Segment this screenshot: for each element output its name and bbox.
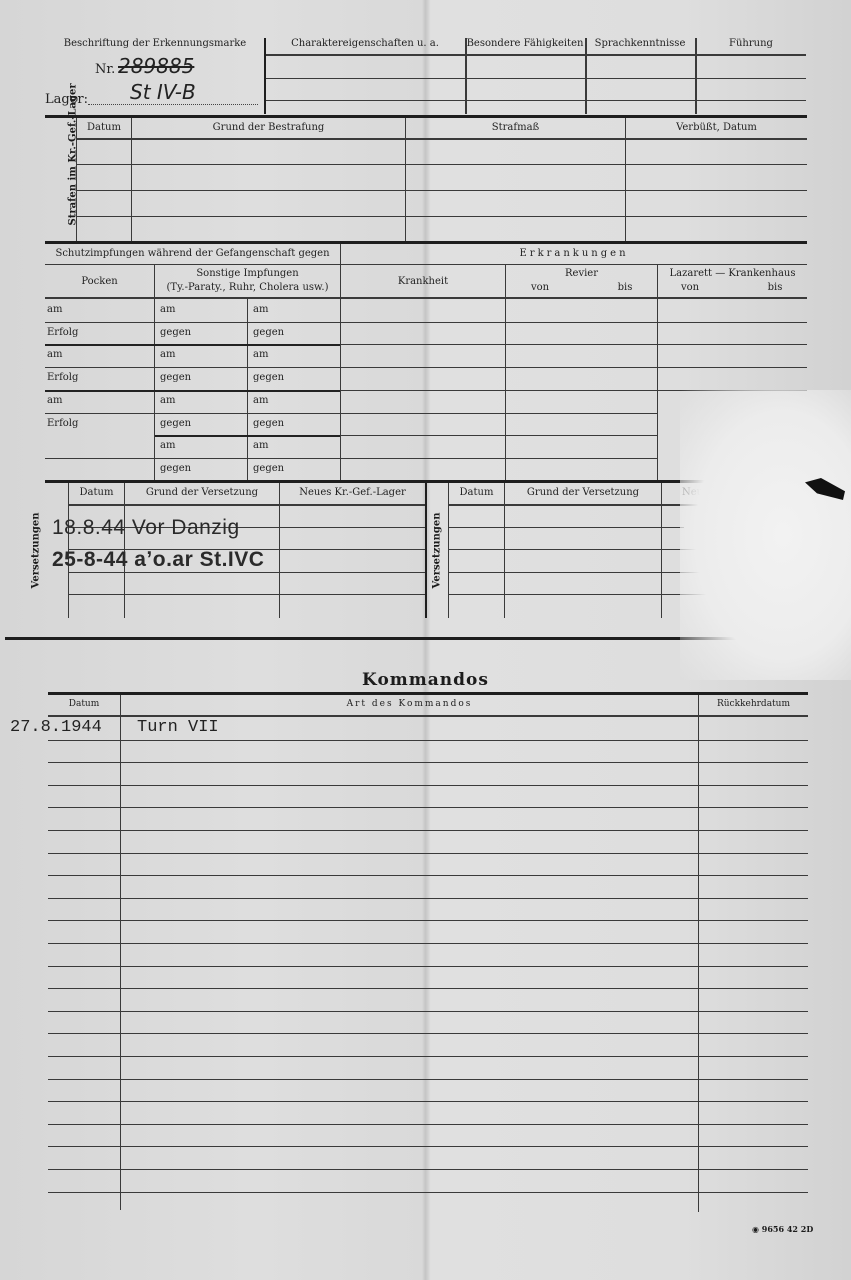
header-charakter: Charaktereigenschaften u. a.	[266, 38, 464, 49]
lager-value: St IV-B	[130, 80, 196, 104]
rule	[45, 480, 705, 483]
rule	[48, 1146, 808, 1147]
trans2-header-grund: Grund der Versetzung	[505, 487, 661, 498]
rule	[48, 692, 808, 695]
transfers-side-label-right: Versetzungen	[432, 511, 443, 591]
divider	[425, 483, 427, 618]
divider	[465, 38, 467, 114]
paper-tear-damage	[680, 390, 851, 680]
rule	[5, 637, 740, 640]
illness-col-lazarett: Lazarett — Krankenhaus	[658, 268, 807, 279]
rule	[45, 367, 340, 368]
rule	[449, 572, 714, 573]
vacc-pocken-label: Erfolg	[47, 418, 78, 429]
rule	[266, 78, 806, 79]
rule	[48, 807, 808, 808]
rule	[48, 1079, 808, 1080]
divider	[405, 118, 406, 242]
rule	[48, 988, 808, 989]
divider	[625, 118, 626, 242]
trans-header-lager: Neues Kr.-Gef.-Lager	[280, 487, 425, 498]
transfer-entry-1: 18.8.44 Vor Danzig	[52, 516, 240, 540]
trans-header-datum: Datum	[69, 487, 124, 498]
header-fuehrung: Führung	[696, 38, 806, 49]
rule	[449, 549, 699, 550]
transfers-side-label-left: Versetzungen	[31, 511, 42, 591]
kommando-kind: Turn VII	[137, 718, 219, 737]
rule	[69, 504, 425, 506]
rule	[48, 1169, 808, 1170]
rule	[77, 190, 807, 191]
rule	[48, 1033, 808, 1034]
vacc-other-label: gegen	[160, 463, 191, 474]
rule	[48, 1124, 808, 1125]
kom-header-rueckkehr: Rückkehrdatum	[699, 699, 808, 709]
rule	[48, 1056, 808, 1057]
rule	[48, 1101, 808, 1102]
rule	[341, 435, 657, 436]
rule	[45, 413, 340, 414]
rule	[48, 1192, 808, 1193]
rule	[48, 762, 808, 763]
id-tag-heading: Beschriftung der Erkennungsmarke	[60, 38, 250, 49]
rule	[45, 458, 340, 459]
transfer-date: 18.8.44	[52, 516, 126, 539]
lager-label: Lager:	[45, 92, 88, 107]
transfer-date: 25-8-44	[52, 548, 128, 571]
divider	[585, 38, 587, 114]
rule	[45, 115, 807, 118]
pun-header-verbuesst: Verbüßt, Datum	[626, 122, 807, 133]
rule	[48, 1011, 808, 1012]
vacc-heading: Schutzimpfungen während der Gefangenscha…	[45, 248, 340, 259]
divider	[131, 118, 132, 242]
transfer-reason: aʼo.ar St.IVC	[134, 548, 264, 571]
vacc-other-label: am	[253, 304, 268, 315]
illness-heading: Erkrankungen	[341, 248, 807, 259]
vacc-col-other-title: Sonstige Impfungen	[155, 268, 340, 279]
vacc-other-label: am	[160, 349, 175, 360]
vacc-other-label: am	[160, 395, 175, 406]
rule	[45, 344, 340, 346]
footer-code: ◉ 9656 42 2D	[752, 1224, 813, 1234]
lazarett-bis: bis	[755, 282, 795, 293]
rule	[341, 322, 807, 323]
rule	[449, 527, 684, 528]
vacc-other-label: gegen	[160, 372, 191, 383]
revier-von: von	[520, 282, 560, 293]
revier-bis: bis	[605, 282, 645, 293]
rule	[48, 715, 808, 717]
vacc-col-pocken: Pocken	[45, 276, 154, 287]
rule	[48, 898, 808, 899]
vacc-pocken-label: am	[47, 304, 62, 315]
vacc-other-label: gegen	[253, 327, 284, 338]
vacc-other-label: am	[253, 349, 268, 360]
pun-header-datum: Datum	[77, 122, 131, 133]
vacc-pocken-label: Erfolg	[47, 372, 78, 383]
header-faehigkeiten: Besondere Fähigkeiten	[466, 38, 584, 49]
rule	[69, 594, 425, 595]
lazarett-von: von	[670, 282, 710, 293]
nr-label: Nr.	[95, 62, 115, 77]
rule	[48, 853, 808, 854]
rule	[266, 54, 806, 56]
transfer-entry-2: 25-8-44 aʼo.ar St.IVC	[52, 548, 264, 572]
kommando-date: 27.8.1944	[10, 718, 102, 737]
rule	[48, 875, 808, 876]
rule	[341, 413, 657, 414]
rule	[341, 344, 807, 345]
printer-mark-icon: ◉	[752, 1224, 759, 1234]
rule	[77, 164, 807, 165]
pun-header-strafmass: Strafmaß	[406, 122, 625, 133]
rule	[48, 740, 808, 741]
rule	[45, 322, 340, 323]
vacc-other-label: gegen	[160, 418, 191, 429]
vacc-other-label: am	[253, 440, 268, 451]
rule	[45, 390, 340, 392]
kom-header-datum: Datum	[48, 699, 120, 709]
rule	[449, 504, 704, 506]
vacc-other-label: am	[253, 395, 268, 406]
rule	[48, 785, 808, 786]
vacc-other-label: am	[160, 304, 175, 315]
rule	[48, 966, 808, 967]
kom-header-art: Art des Kommandos	[121, 699, 698, 709]
rule	[341, 367, 807, 368]
rule	[45, 241, 807, 244]
vacc-pocken-label: am	[47, 395, 62, 406]
nr-value: 289885	[118, 54, 194, 78]
rule	[48, 920, 808, 921]
vacc-pocken-label: Erfolg	[47, 327, 78, 338]
divider	[120, 695, 121, 1210]
vacc-other-label: gegen	[160, 327, 191, 338]
vacc-other-label: gegen	[253, 418, 284, 429]
vacc-other-label: gegen	[253, 372, 284, 383]
rule	[45, 264, 340, 265]
header-sprachen: Sprachkenntnisse	[586, 38, 694, 49]
pun-header-grund: Grund der Bestrafung	[132, 122, 405, 133]
divider	[264, 38, 266, 114]
illness-col-revier: Revier	[506, 268, 657, 279]
trans2-header-datum: Datum	[449, 487, 504, 498]
rule	[48, 943, 808, 944]
rule	[341, 264, 807, 265]
rule	[77, 138, 807, 140]
divider	[695, 38, 697, 114]
illness-col-krankheit: Krankheit	[341, 276, 505, 287]
vacc-col-other-sub: (Ty.-Paraty., Ruhr, Cholera usw.)	[155, 282, 340, 293]
kommandos-title: Kommandos	[0, 670, 851, 690]
rule	[45, 297, 340, 299]
rule	[266, 100, 806, 101]
footer-code-text: 9656 42 2D	[762, 1224, 813, 1234]
vacc-pocken-label: am	[47, 349, 62, 360]
trans-header-grund: Grund der Versetzung	[125, 487, 279, 498]
lager-dotline	[88, 104, 258, 105]
rule	[341, 297, 807, 299]
vacc-other-label: am	[160, 440, 175, 451]
rule	[341, 458, 657, 459]
divider	[76, 118, 77, 242]
rule	[77, 216, 807, 217]
vacc-other-label: gegen	[253, 463, 284, 474]
divider	[698, 695, 699, 1212]
rule	[48, 830, 808, 831]
transfer-reason: Vor Danzig	[132, 516, 240, 539]
rule	[155, 435, 340, 437]
